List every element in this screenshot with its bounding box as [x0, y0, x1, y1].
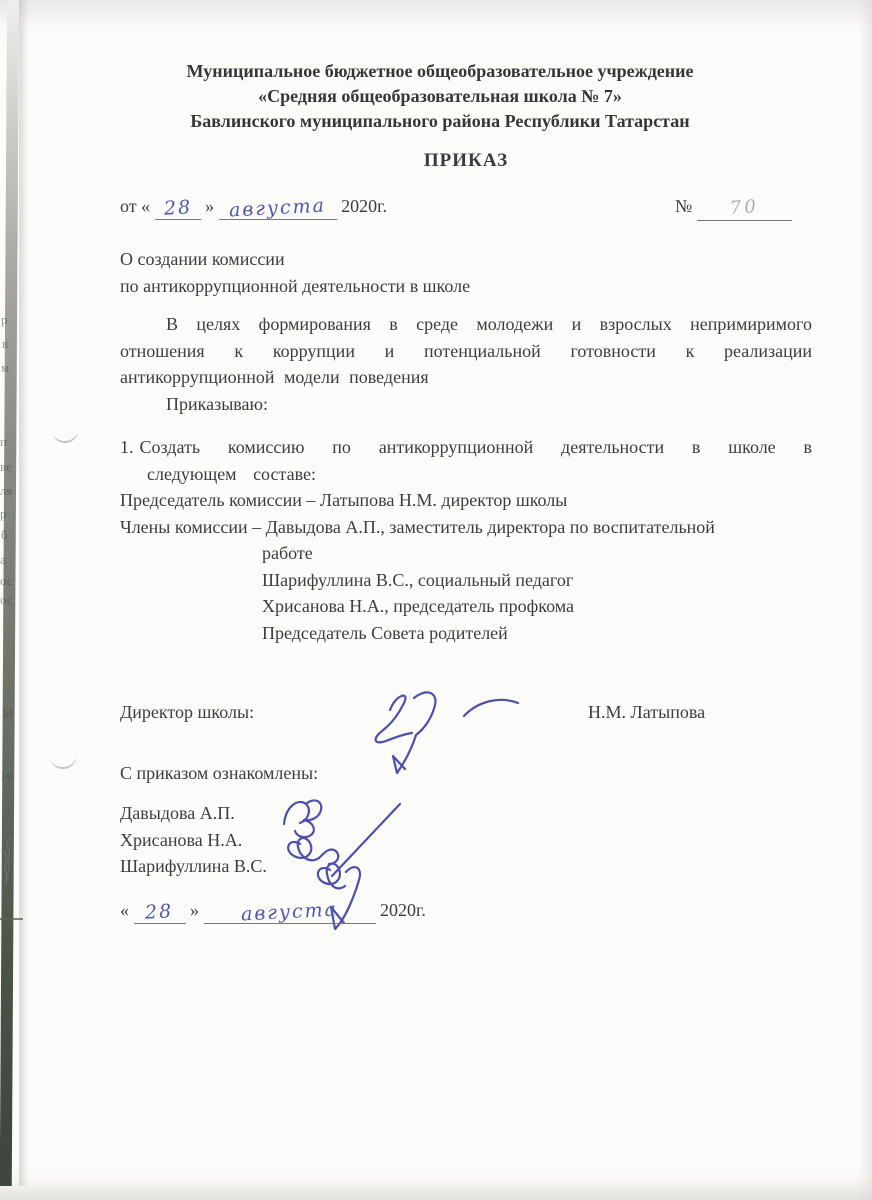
bottom-month-blank: августа	[204, 902, 376, 924]
order-item-1: 1.Создать комиссию по антикоррупционной …	[120, 434, 812, 487]
members-lead-line: Члены комиссии – Давыдова А.П., заместит…	[120, 514, 812, 541]
item-number: 1.	[120, 437, 134, 457]
purpose-paragraph: В целях формирования в среде молодежи и …	[120, 311, 812, 391]
bleed-fragment: б	[1, 527, 8, 543]
date-day-blank: 28	[155, 198, 201, 220]
handwritten-order-number: 70	[729, 196, 759, 219]
number-sign: №	[675, 196, 692, 216]
bottom-year: 2020г.	[380, 900, 426, 920]
bleed-fragment: р	[1, 312, 8, 328]
director-name: Н.М. Латыпова	[588, 702, 705, 723]
bottom-date-row: « 28 » августа 2020г.	[120, 900, 426, 924]
item-text: Создать комиссию по антикоррупционной де…	[140, 437, 813, 484]
pen-mark-arc	[51, 427, 79, 444]
bleed-fragment: ос	[0, 573, 13, 589]
school-name-line: «Средняя общеобразовательная школа № 7»	[90, 84, 790, 109]
scanned-order-page: р в м п ве ля р б а ос ос М 1е Муниципал…	[0, 0, 872, 1200]
ack-name: Шарифуллина В.С.	[120, 853, 267, 880]
member-continuation-line: Хрисанова Н.А., председатель профкома	[262, 593, 812, 620]
scan-bottom-noise	[0, 1180, 872, 1200]
bleed-fragment: р	[0, 506, 7, 522]
handwritten-month: августа	[229, 194, 327, 221]
subject-line: О создании комиссии	[120, 246, 470, 273]
bleed-dash	[0, 918, 23, 920]
date-close-quote: »	[205, 196, 214, 216]
date-year: 2020г.	[341, 196, 387, 216]
ack-name: Хрисанова Н.А.	[120, 827, 267, 854]
decree-word: Приказываю:	[120, 391, 812, 418]
organization-name-line: Муниципальное бюджетное общеобразователь…	[90, 59, 790, 84]
bleed-fragment: м	[1, 360, 9, 376]
bleed-fragment: а	[0, 552, 6, 568]
bleed-fragment: М	[2, 706, 14, 722]
director-role-label: Директор школы:	[120, 702, 254, 723]
document-title: ПРИКАЗ	[120, 150, 812, 172]
bottom-day-blank: 28	[134, 902, 186, 924]
ack-name: Давыдова А.П.	[120, 800, 267, 827]
order-subject: О создании комиссии по антикоррупционной…	[120, 246, 470, 300]
bleed-fragment: п	[0, 434, 7, 450]
date-prefix: от «	[120, 196, 150, 216]
bleed-fragment: в	[2, 336, 8, 352]
order-number-block: № 70	[675, 196, 792, 221]
acknowledgment-names: Давыдова А.П. Хрисанова Н.А. Шарифуллина…	[120, 800, 267, 880]
date-month-blank: августа	[219, 198, 337, 220]
handwritten-day: 28	[163, 196, 192, 219]
handwritten-day: 28	[145, 900, 174, 923]
bottom-open-quote: «	[120, 900, 129, 920]
member-continuation-line: работе	[262, 540, 812, 567]
bleed-fragment: ля	[0, 483, 12, 499]
bleed-fragment: ос	[0, 592, 13, 608]
member-continuation-line: Председатель Совета родителей	[262, 620, 812, 647]
scan-right-shadow	[858, 0, 872, 1200]
chairman-line: Председатель комиссии – Латыпова Н.М. ди…	[120, 487, 812, 514]
bottom-close-quote: »	[190, 900, 199, 920]
scan-edge-shadow	[19, 0, 29, 1186]
date-number-row: от « 28 » августа 2020г. № 70	[120, 196, 812, 220]
pen-mark-arc	[49, 753, 77, 770]
order-body: В целях формирования в среде молодежи и …	[120, 311, 812, 646]
acknowledgment-heading: С приказом ознакомлены:	[120, 763, 318, 784]
scan-top-noise	[0, 0, 872, 28]
acknowledgment-signatures	[270, 790, 425, 948]
bleed-fragment: ве	[0, 459, 12, 475]
bleed-signature-mark	[0, 834, 20, 892]
organization-header: Муниципальное бюджетное общеобразователь…	[90, 59, 790, 134]
member-continuation-line: Шарифуллина В.С., социальный педагог	[262, 567, 812, 594]
bleed-fragment: 1е	[0, 768, 12, 784]
director-signature	[352, 686, 542, 781]
handwritten-month: августа	[240, 898, 338, 925]
subject-line: по антикоррупционной деятельности в школ…	[120, 273, 470, 300]
order-number-blank: 70	[697, 199, 792, 221]
district-line: Бавлинского муниципального района Респуб…	[90, 109, 790, 134]
